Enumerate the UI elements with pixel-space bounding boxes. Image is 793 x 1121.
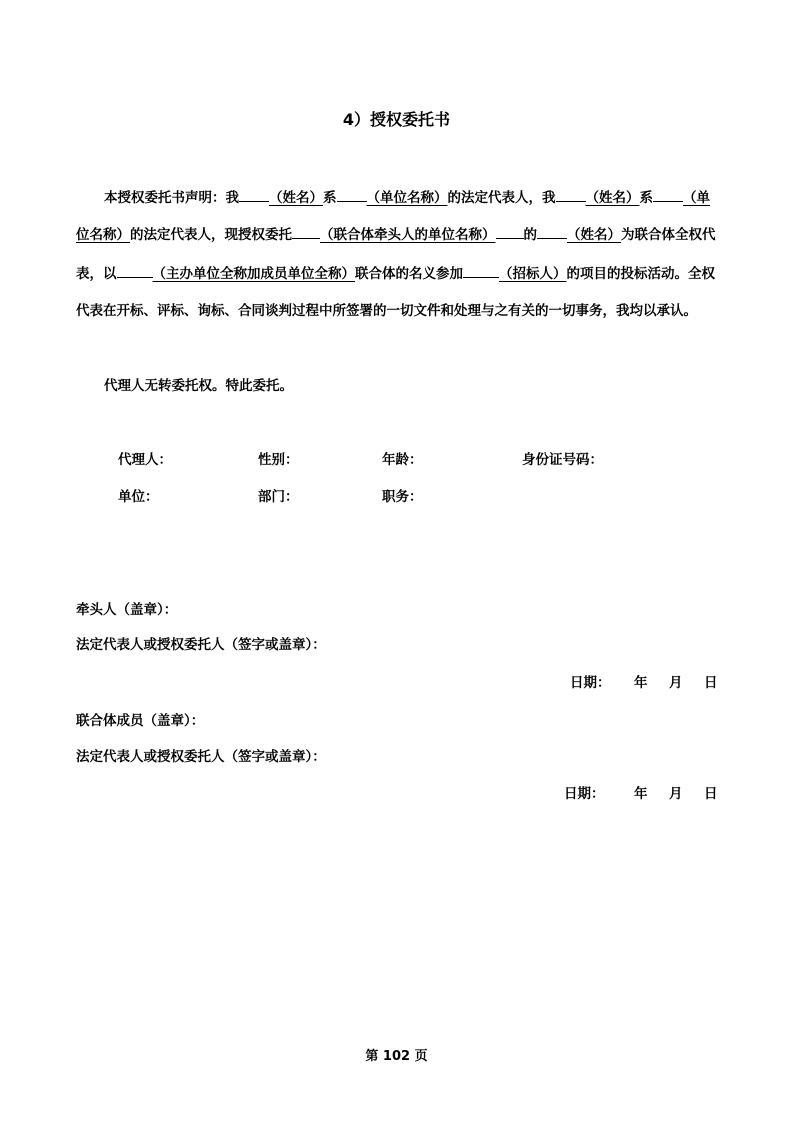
document-title: 4）授权委托书: [0, 107, 793, 130]
declaration-line-4: 代表在开标、评标、询标、合同谈判过程中所签署的一切文件和处理与之有关的一切事务，…: [76, 299, 718, 319]
consortium-field: （主办单位全称加成员单位全称）: [153, 266, 356, 282]
lead-unit-blank[interactable]: [292, 224, 320, 239]
name-field-1: （姓名）: [269, 190, 323, 206]
agent-label: 代理人：: [118, 448, 172, 468]
page-number: 第 102 页: [0, 1045, 793, 1064]
text: 的法定代表人，我: [448, 190, 556, 206]
declaration-prefix: 本授权委托书声明：我: [76, 190, 239, 206]
unit-field-2-cont: 位名称）: [76, 227, 130, 243]
lead-unit-blank[interactable]: [496, 224, 524, 239]
unit-blank[interactable]: [337, 187, 367, 202]
declaration-line-2: 位名称）的法定代表人，现授权委托（联合体牵头人的单位名称）的（姓名）为联合体全权…: [76, 223, 718, 243]
lead-representative-sign: 法定代表人或授权委托人（签字或盖章）：: [76, 633, 326, 653]
gender-label: 性别：: [258, 448, 299, 468]
page-number-value: 102: [383, 1049, 410, 1064]
no-subdelegation-statement: 代理人无转委托权。特此委托。: [104, 374, 293, 394]
unit-field-2: （单: [683, 190, 710, 206]
position-label: 职务：: [382, 485, 423, 505]
lead-date-label: 日期：: [570, 671, 611, 691]
page-suffix: 页: [415, 1049, 428, 1064]
member-date-year: 年: [634, 782, 648, 802]
text: 表，以: [76, 266, 117, 282]
member-representative-sign: 法定代表人或授权委托人（签字或盖章）：: [76, 745, 326, 765]
name-blank[interactable]: [556, 187, 586, 202]
lead-party-seal: 牵头人（盖章）：: [76, 598, 177, 618]
unit-field-1: （单位名称）: [367, 190, 448, 206]
text: 系: [640, 190, 654, 206]
lead-unit-field: （联合体牵头人的单位名称）: [320, 227, 496, 243]
tenderer-blank[interactable]: [463, 263, 499, 278]
text: 的法定代表人，现授权委托: [130, 227, 292, 243]
lead-date-month: 月: [669, 671, 683, 691]
unit-blank[interactable]: [653, 187, 683, 202]
text: 的: [524, 227, 538, 243]
name-blank[interactable]: [537, 224, 567, 239]
lead-date-day: 日: [704, 671, 718, 691]
unit-label: 单位：: [118, 485, 159, 505]
name-blank[interactable]: [239, 187, 269, 202]
name-field-2: （姓名）: [586, 190, 640, 206]
text: 系: [323, 190, 337, 206]
declaration-line-3: 表，以（主办单位全称加成员单位全称）联合体的名义参加（招标人）的项目的投标活动。…: [76, 262, 718, 282]
member-date-month: 月: [669, 782, 683, 802]
member-party-seal: 联合体成员（盖章）：: [76, 709, 204, 729]
text: 联合体的名义参加: [355, 266, 463, 282]
age-label: 年龄：: [382, 448, 423, 468]
lead-date-year: 年: [634, 671, 648, 691]
member-date-day: 日: [704, 782, 718, 802]
page-prefix: 第: [365, 1049, 378, 1064]
text: 为联合体全权代: [621, 227, 716, 243]
agent-name-field: （姓名）: [567, 227, 621, 243]
tenderer-field: （招标人）: [499, 266, 567, 282]
department-label: 部门：: [258, 485, 299, 505]
id-number-label: 身份证号码：: [522, 448, 603, 468]
declaration-line-1: 本授权委托书声明：我（姓名）系（单位名称）的法定代表人，我（姓名）系（单: [76, 186, 718, 206]
consortium-blank[interactable]: [117, 263, 153, 278]
text: 的项目的投标活动。全权: [567, 266, 716, 282]
member-date-label: 日期：: [564, 782, 605, 802]
